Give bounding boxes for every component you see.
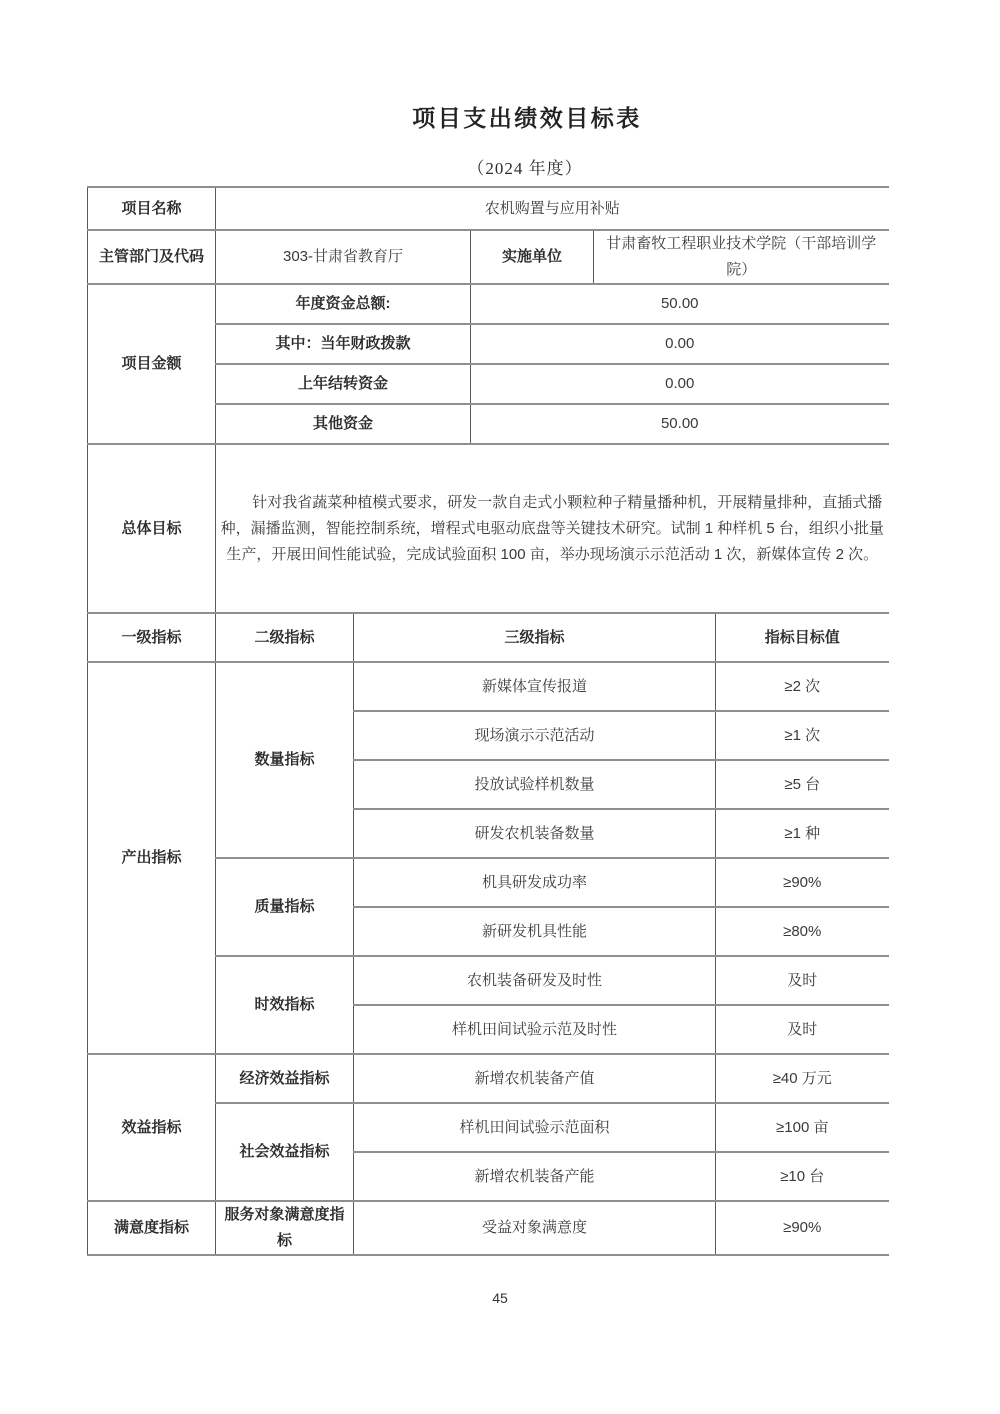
amount-row-1: 项目金额 年度资金总额: 50.00 xyxy=(88,284,889,324)
header-level2: 二级指标 xyxy=(216,613,354,662)
target-value: ≥90% xyxy=(716,858,889,907)
dept-code-value: 303-甘肃省教育厅 xyxy=(216,230,471,284)
level3-item: 农机装备研发及时性 xyxy=(354,956,716,1005)
target-value: ≥90% xyxy=(716,1201,889,1255)
level3-item: 样机田间试验示范及时性 xyxy=(354,1005,716,1054)
project-name-label: 项目名称 xyxy=(88,187,216,230)
header-level1: 一级指标 xyxy=(88,613,216,662)
target-value: ≥80% xyxy=(716,907,889,956)
indicator-row: 产出指标 数量指标 新媒体宣传报道 ≥2 次 xyxy=(88,662,889,711)
amount-label: 项目金额 xyxy=(88,284,216,444)
level3-item: 新增农机装备产能 xyxy=(354,1152,716,1201)
target-value: 及时 xyxy=(716,1005,889,1054)
header-level3: 三级指标 xyxy=(354,613,716,662)
overall-goal-label: 总体目标 xyxy=(88,444,216,613)
document-page: 项目支出绩效目标表 （2024 年度） 项目名称 农机购置与应用补贴 主管部门及… xyxy=(0,0,1000,1414)
indicator-row: 满意度指标 服务对象满意度指标 受益对象满意度 ≥90% xyxy=(88,1201,889,1255)
overall-goal-row: 总体目标 针对我省蔬菜种植模式要求，研发一款自走式小颗粒种子精量播种机，开展精量… xyxy=(88,444,889,613)
target-value: ≥100 亩 xyxy=(716,1103,889,1152)
level3-item: 研发农机装备数量 xyxy=(354,809,716,858)
doc-subtitle: （2024 年度） xyxy=(25,154,1000,179)
amount-label-other: 其他资金 xyxy=(216,404,471,444)
target-value: 及时 xyxy=(716,956,889,1005)
project-name-value: 农机购置与应用补贴 xyxy=(216,187,889,230)
project-name-row: 项目名称 农机购置与应用补贴 xyxy=(88,187,889,230)
doc-title: 项目支出绩效目标表 xyxy=(27,100,1000,133)
level2-economic: 经济效益指标 xyxy=(216,1054,354,1103)
target-value: ≥10 台 xyxy=(716,1152,889,1201)
dept-row: 主管部门及代码 303-甘肃省教育厅 实施单位 甘肃畜牧工程职业技术学院（干部培… xyxy=(88,230,889,284)
level1-benefit: 效益指标 xyxy=(88,1054,216,1201)
level3-item: 新增农机装备产值 xyxy=(354,1054,716,1103)
level3-item: 受益对象满意度 xyxy=(354,1201,716,1255)
level1-satisfaction: 满意度指标 xyxy=(88,1201,216,1255)
indicator-row: 效益指标 经济效益指标 新增农机装备产值 ≥40 万元 xyxy=(88,1054,889,1103)
header-target: 指标目标值 xyxy=(716,613,889,662)
level3-item: 新研发机具性能 xyxy=(354,907,716,956)
level2-social: 社会效益指标 xyxy=(216,1103,354,1201)
level3-item: 新媒体宣传报道 xyxy=(354,662,716,711)
level2-quantity: 数量指标 xyxy=(216,662,354,858)
overall-goal-text: 针对我省蔬菜种植模式要求，研发一款自走式小颗粒种子精量播种机，开展精量排种，直插… xyxy=(216,444,889,613)
amount-value-fiscal: 0.00 xyxy=(471,324,889,364)
target-value: ≥5 台 xyxy=(716,760,889,809)
amount-label-total: 年度资金总额: xyxy=(216,284,471,324)
target-value: ≥1 种 xyxy=(716,809,889,858)
level2-service-satisfaction: 服务对象满意度指标 xyxy=(216,1201,354,1255)
level1-output: 产出指标 xyxy=(88,662,216,1054)
level3-item: 样机田间试验示范面积 xyxy=(354,1103,716,1152)
level3-item: 现场演示示范活动 xyxy=(354,711,716,760)
level3-item: 投放试验样机数量 xyxy=(354,760,716,809)
level3-item: 机具研发成功率 xyxy=(354,858,716,907)
amount-value-total: 50.00 xyxy=(471,284,889,324)
target-value: ≥40 万元 xyxy=(716,1054,889,1103)
impl-unit-label: 实施单位 xyxy=(471,230,594,284)
dept-code-label: 主管部门及代码 xyxy=(88,230,216,284)
amount-label-carryover: 上年结转资金 xyxy=(216,364,471,404)
impl-unit-value: 甘肃畜牧工程职业技术学院（干部培训学院） xyxy=(594,230,889,284)
target-value: ≥1 次 xyxy=(716,711,889,760)
page-number: 45 xyxy=(0,1290,1000,1306)
indicator-header-row: 一级指标 二级指标 三级指标 指标目标值 xyxy=(88,613,889,662)
amount-label-fiscal: 其中：当年财政拨款 xyxy=(216,324,471,364)
performance-target-table: 项目名称 农机购置与应用补贴 主管部门及代码 303-甘肃省教育厅 实施单位 甘… xyxy=(87,186,889,1256)
amount-value-carryover: 0.00 xyxy=(471,364,889,404)
amount-value-other: 50.00 xyxy=(471,404,889,444)
target-value: ≥2 次 xyxy=(716,662,889,711)
level2-timeliness: 时效指标 xyxy=(216,956,354,1054)
level2-quality: 质量指标 xyxy=(216,858,354,956)
